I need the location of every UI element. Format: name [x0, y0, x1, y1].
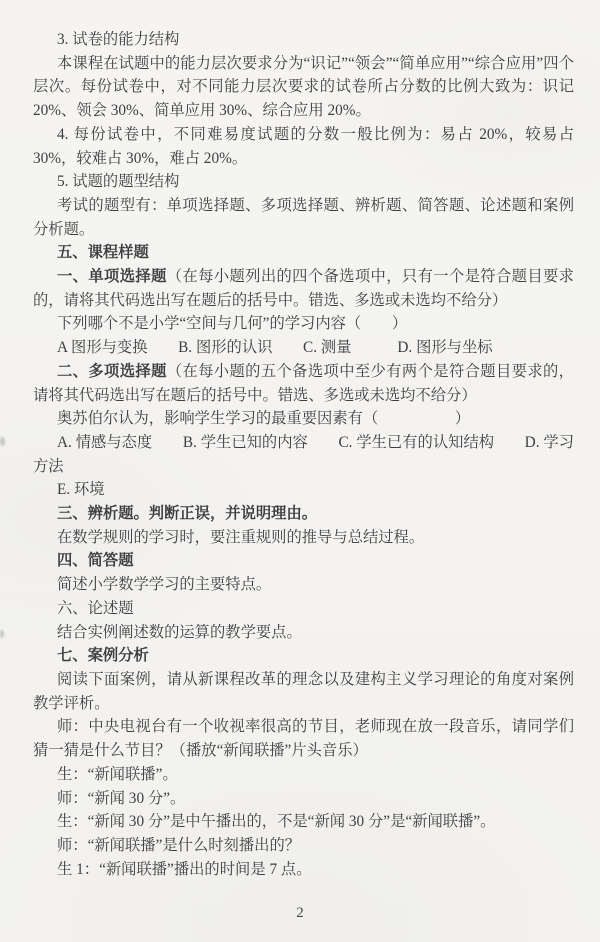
paragraph-text: 考试的题型有：单项选择题、多项选择题、辨析题、简答题、论述题和案例分析题。: [33, 197, 574, 238]
paragraph-text: 生 1：“新闻联播”播出的时间是 7 点。: [57, 861, 312, 878]
heading-true-false: 三、辨析题。判断正误，并说明理由。: [33, 502, 574, 526]
paragraph-lead: 五、课程样题: [57, 244, 149, 261]
dialogue-line: 师：“新闻 30 分”。: [33, 787, 574, 811]
dialogue-line: 师：中央电视台有一个收视率很高的节目，老师现在放一段音乐，请同学们猜一猜是什么节…: [33, 715, 574, 762]
dialogue-line: 生：“新闻 30 分”是中午播出的，不是“新闻 30 分”是“新闻联播”。: [33, 810, 574, 834]
question-text: 结合实例阐述数的运算的教学要点。: [33, 621, 574, 645]
scanned-document-page: 3. 试卷的能力结构 本课程在试题中的能力层次要求分为“识记”“领会”“简单应用…: [0, 0, 600, 942]
answer-options: E. 环境: [33, 478, 574, 502]
paragraph-lead: 七、案例分析: [57, 647, 149, 664]
paragraph-text: 结合实例阐述数的运算的教学要点。: [57, 624, 302, 641]
heading-short-answer: 四、简答题: [33, 549, 574, 573]
dialogue-line: 师：“新闻联播”是什么时刻播出的？: [33, 834, 574, 858]
dialogue-line: 生：“新闻联播”。: [33, 763, 574, 787]
paragraph-lead: 三、辨析题。判断正误，并说明理由。: [57, 505, 317, 522]
paragraph-text: 生：“新闻联播”。: [57, 766, 178, 783]
heading-single-choice: 一、单项选择题（在每小题列出的四个备选项中，只有一个是符合题目要求的，请将其代码…: [33, 265, 574, 312]
paragraph-text: 六、论述题: [57, 600, 134, 617]
scan-smudge: [0, 437, 5, 446]
paragraph-text: 阅读下面案例，请从新课程改革的理念以及建构主义学习理论的角度对案例教学评析。: [33, 671, 574, 712]
question-text: 阅读下面案例，请从新课程改革的理念以及建构主义学习理论的角度对案例教学评析。: [33, 668, 574, 715]
dialogue-line: 生 1：“新闻联播”播出的时间是 7 点。: [33, 858, 574, 882]
paragraph-text: E. 环境: [57, 481, 105, 498]
paragraph-text: 简述小学数学学习的主要特点。: [57, 576, 271, 593]
scan-smudge: [0, 630, 4, 638]
paragraph-lead: 一、单项选择题: [57, 268, 167, 285]
question-text: 简述小学数学学习的主要特点。: [33, 573, 574, 597]
paragraph: 3. 试卷的能力结构: [33, 28, 574, 52]
paragraph-text: 在数学规则的学习时，要注重规则的推导与总结过程。: [57, 529, 424, 546]
paragraph-text: 生：“新闻 30 分”是中午播出的，不是“新闻 30 分”是“新闻联播”。: [57, 813, 495, 830]
document-body: 3. 试卷的能力结构 本课程在试题中的能力层次要求分为“识记”“领会”“简单应用…: [33, 28, 574, 881]
page-number: 2: [0, 905, 600, 922]
question-text: 奥苏伯尔认为，影响学生学习的最重要因素有（ ）: [33, 407, 574, 431]
answer-options: A. 情感与态度 B. 学生已知的内容 C. 学生已有的认知结构 D. 学习方法: [33, 431, 574, 478]
heading-case-analysis: 七、案例分析: [33, 644, 574, 668]
paragraph: 5. 试题的题型结构: [33, 170, 574, 194]
paragraph: 考试的题型有：单项选择题、多项选择题、辨析题、简答题、论述题和案例分析题。: [33, 194, 574, 241]
paragraph-text: 5. 试题的题型结构: [57, 173, 179, 190]
paragraph-text: 师：中央电视台有一个收视率很高的节目，老师现在放一段音乐，请同学们猜一猜是什么节…: [33, 718, 574, 759]
paragraph-text: 师：“新闻联播”是什么时刻播出的？: [57, 837, 300, 854]
paragraph-text: 4. 每份试卷中，不同难易度试题的分数一般比例为：易占 20%，较易占 30%，…: [33, 126, 574, 167]
paragraph-text: 3. 试卷的能力结构: [57, 31, 179, 48]
heading-essay: 六、论述题: [33, 597, 574, 621]
paragraph-text: A. 情感与态度 B. 学生已知的内容 C. 学生已有的认知结构 D. 学习方法: [33, 434, 574, 475]
paragraph-text: 奥苏伯尔认为，影响学生学习的最重要因素有（ ）: [57, 410, 470, 427]
heading-course-sample-questions: 五、课程样题: [33, 241, 574, 265]
paragraph-text: 师：“新闻 30 分”。: [57, 790, 185, 807]
question-text: 在数学规则的学习时，要注重规则的推导与总结过程。: [33, 526, 574, 550]
paragraph-lead: 二、多项选择题: [57, 363, 167, 380]
paragraph-text: 本课程在试题中的能力层次要求分为“识记”“领会”“简单应用”“综合应用”四个层次…: [33, 55, 574, 119]
paragraph-text: 下列哪个不是小学“空间与几何”的学习内容（ ）: [57, 315, 407, 332]
paragraph: 本课程在试题中的能力层次要求分为“识记”“领会”“简单应用”“综合应用”四个层次…: [33, 52, 574, 123]
answer-options: A 图形与变换 B. 图形的认识 C. 测量 D. 图形与坐标: [33, 336, 574, 360]
paragraph-lead: 四、简答题: [57, 552, 134, 569]
paragraph: 4. 每份试卷中，不同难易度试题的分数一般比例为：易占 20%，较易占 30%，…: [33, 123, 574, 170]
paragraph-text: A 图形与变换 B. 图形的认识 C. 测量 D. 图形与坐标: [57, 339, 493, 356]
heading-multiple-choice: 二、多项选择题（在每小题的五个备选项中至少有两个是符合题目要求的，请将其代码选出…: [33, 360, 574, 407]
question-text: 下列哪个不是小学“空间与几何”的学习内容（ ）: [33, 312, 574, 336]
